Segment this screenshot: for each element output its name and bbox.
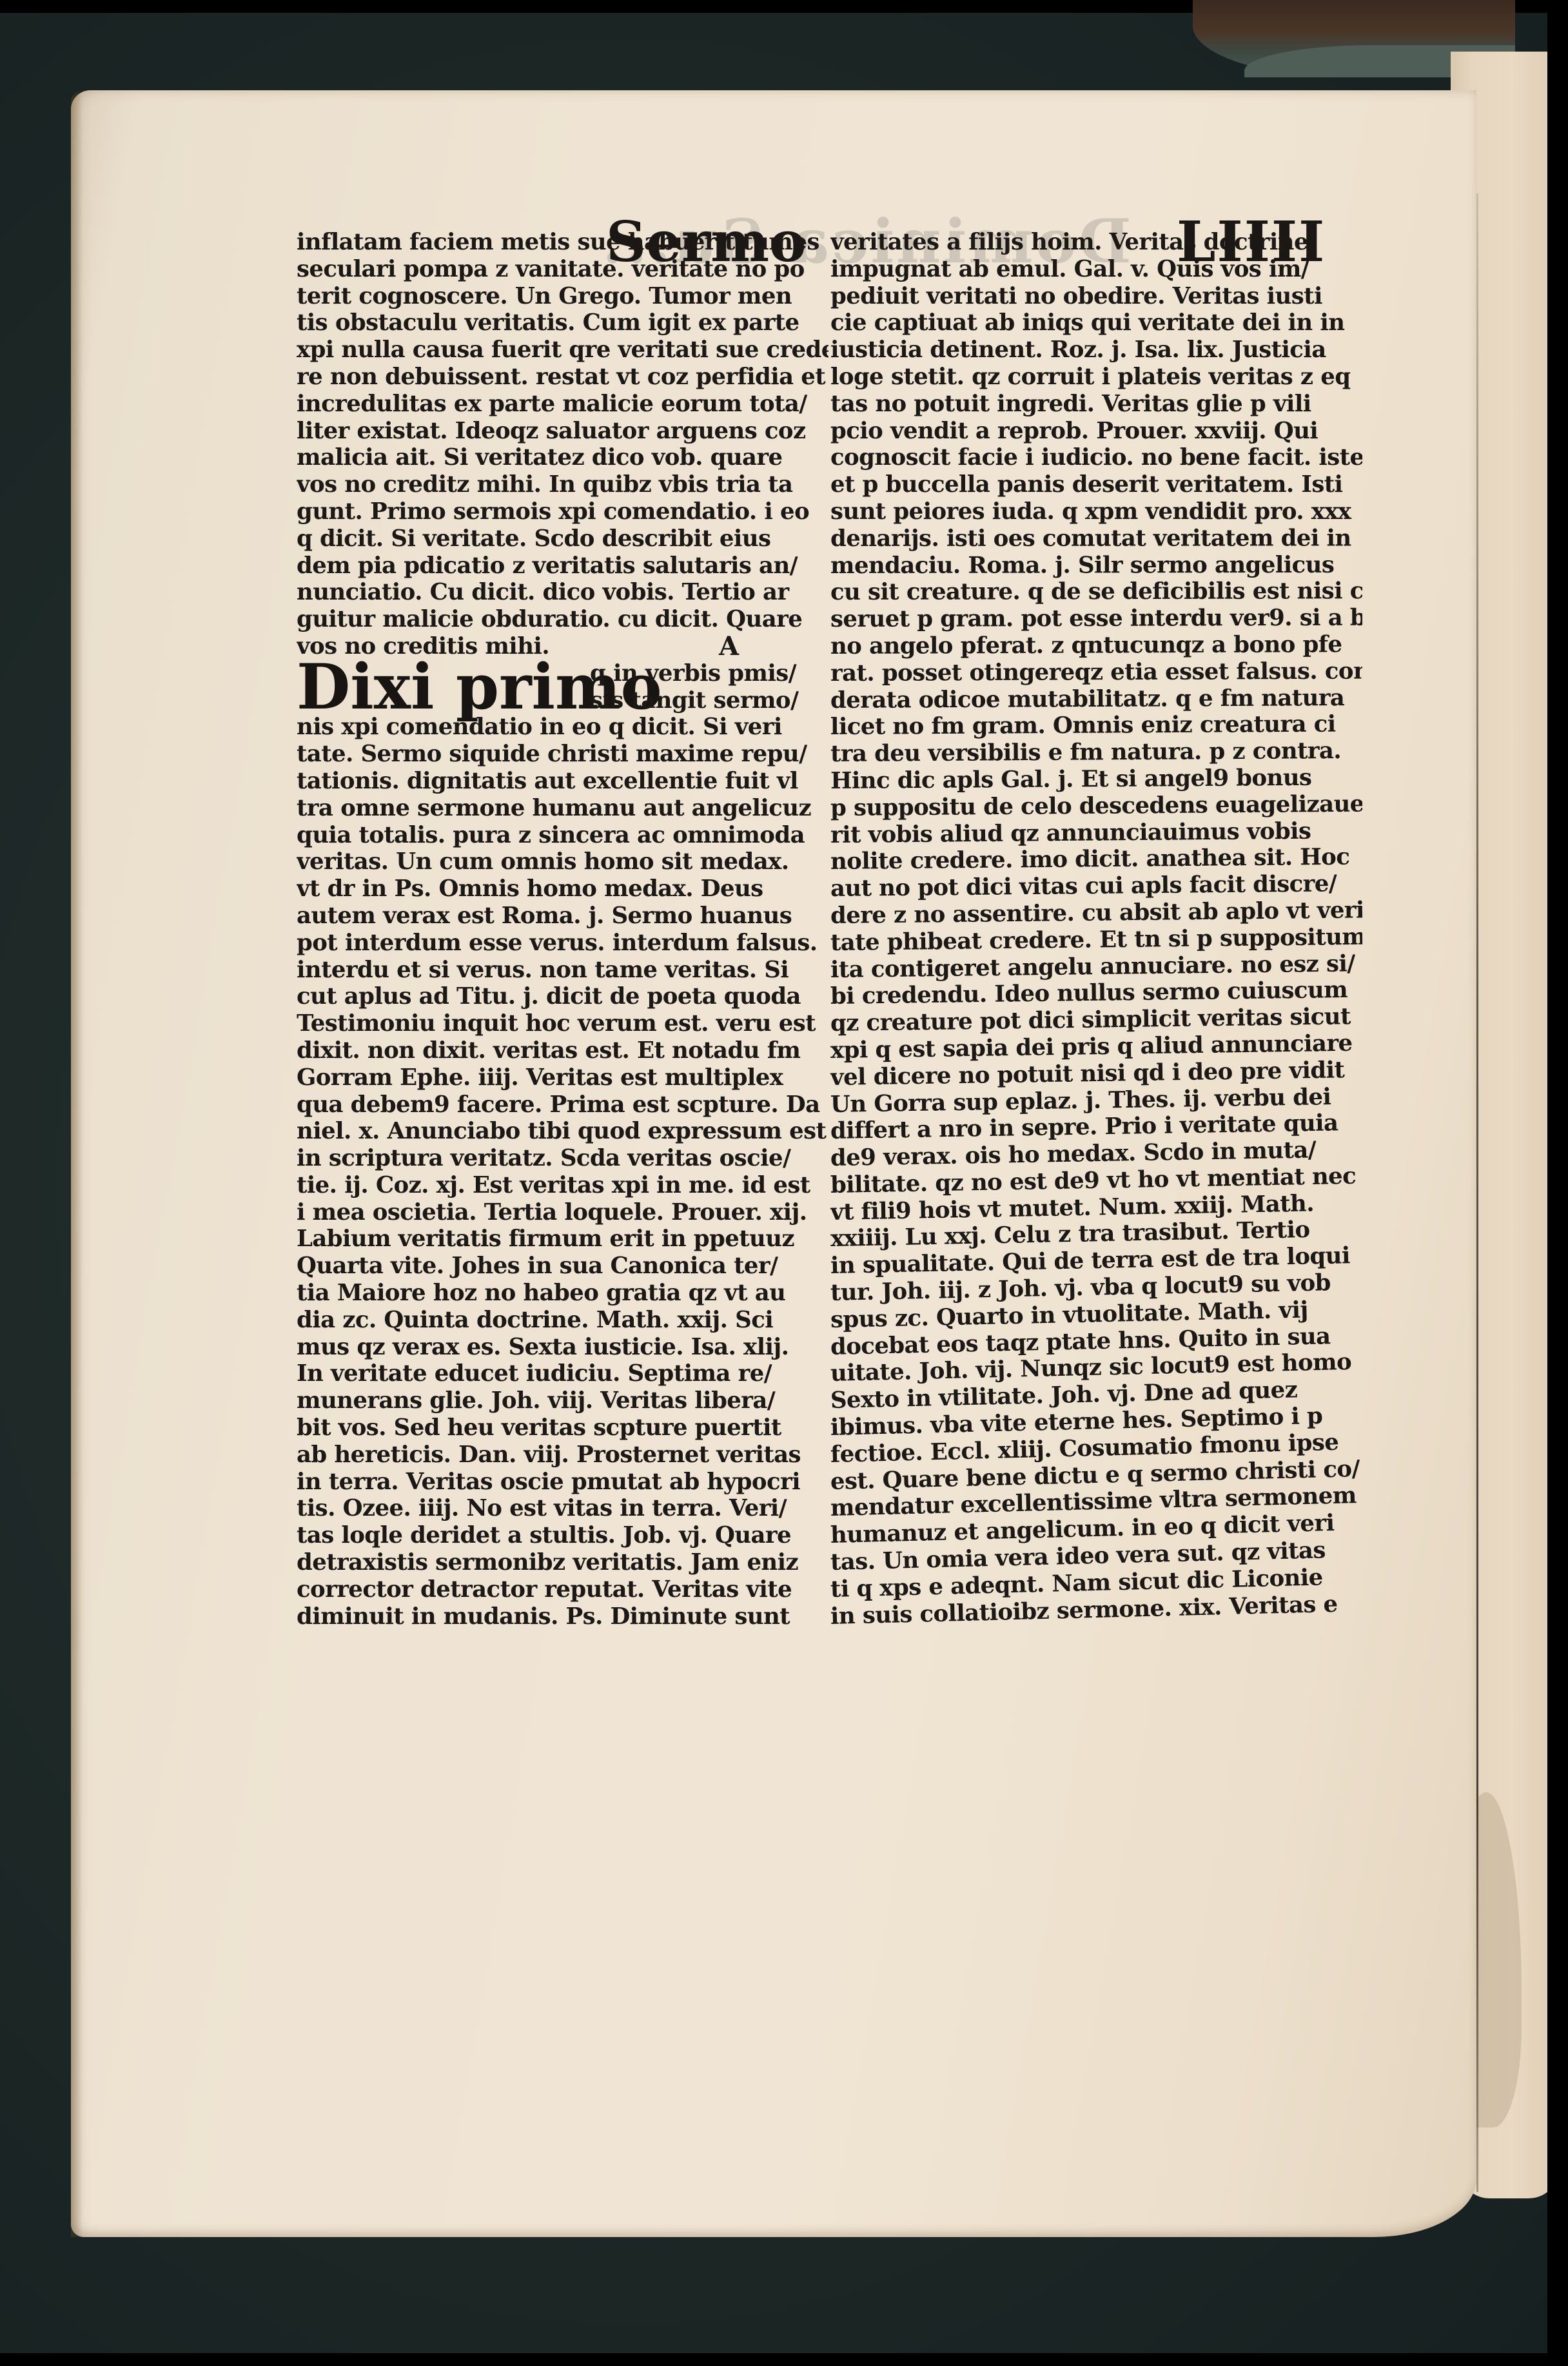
text-line: In veritate educet iudiciu. Septima re/ [297, 1360, 828, 1387]
page-gutter [1476, 193, 1478, 2192]
right-column: veritates a filijs hoim. Veritas doctrin… [830, 229, 1362, 1630]
text-line: ab hereticis. Dan. viij. Prosternet veri… [297, 1442, 828, 1469]
text-line: Testimoniu inquit hoc verum est. veru es… [297, 1010, 828, 1037]
text-line: mendaciu. Roma. j. Silr sermo angelicus [830, 551, 1362, 579]
text-line: Quarta vite. Johes in sua Canonica ter/ [297, 1253, 828, 1280]
text-line: dia zc. Quinta doctrine. Math. xxij. Sci [297, 1307, 828, 1334]
text-line: tra deu versibilis e fm natura. p z cont… [830, 738, 1362, 768]
text-line: veritates a filijs hoim. Veritas doctrin… [830, 229, 1362, 256]
text-line: i mea oscietia. Tertia loquele. Prouer. … [297, 1199, 828, 1226]
text-line: incredulitas ex parte malicie eorum tota… [297, 391, 828, 418]
text-line: tationis. dignitatis aut excellentie fui… [297, 768, 828, 795]
text-line: vt dr in Ps. Omnis homo medax. Deus [297, 875, 828, 903]
text-line: quia totalis. pura z sincera ac omnimoda [297, 822, 828, 849]
text-line: munerans glie. Joh. viij. Veritas libera… [297, 1387, 828, 1414]
text-line: guitur malicie obduratio. cu dicit. Quar… [297, 606, 828, 633]
text-line: licet no fm gram. Omnis eniz creatura ci [830, 711, 1362, 741]
scan-border-right [1547, 0, 1568, 2366]
initial-block: Dixi primo q in verbis pmis/ sis tangit … [297, 660, 828, 714]
text-line: vos no creditz mihi. In quibz vbis tria … [297, 471, 828, 498]
text-line: tis obstaculu veritatis. Cum igit ex par… [297, 309, 828, 337]
text-line: sunt peiores iuda. q xpm vendidit pro. x… [830, 498, 1362, 525]
text-line: Labium veritatis firmum erit in ppetuuz [297, 1226, 828, 1253]
text-line: pediuit veritati no obedire. Veritas ius… [830, 283, 1362, 310]
text-line: loge stetit. qz corruit i plateis verita… [830, 364, 1362, 391]
text-line: denarijs. isti oes comutat veritatem dei… [830, 525, 1362, 552]
scan-border-bottom [0, 2353, 1568, 2366]
text-line: impugnat ab emul. Gal. v. Quis vos im/ [830, 256, 1362, 283]
section-mark: A [719, 633, 738, 660]
text-line: rat. posset otingereqz etia esset falsus… [830, 658, 1362, 687]
text-line: cut aplus ad Titu. j. dicit de poeta quo… [297, 983, 828, 1010]
text-line: et p buccella panis deserit veritatem. I… [830, 471, 1362, 498]
text-line: inflatam faciem metis sue habuerit tumes [297, 229, 828, 256]
text-line: tra omne sermone humanu aut angelicuz [297, 795, 828, 822]
text-line: Gorram Ephe. iiij. Veritas est multiplex [297, 1064, 828, 1091]
text-line: niel. x. Anunciabo tibi quod expressum e… [297, 1118, 828, 1145]
text-line: liter existat. Ideoqz saluator arguens c… [297, 418, 828, 445]
text-line: dixit. non dixit. veritas est. Et notadu… [297, 1037, 828, 1064]
text-line: seculari pompa z vanitate. veritate no p… [297, 256, 828, 283]
text-line: interdu et si verus. non tame veritas. S… [297, 957, 828, 984]
text-line: tis. Ozee. iiij. No est vitas in terra. … [297, 1495, 828, 1522]
text-line: p suppositu de celo descedens euagelizau… [830, 790, 1362, 821]
text-line: diminuit in mudanis. Ps. Diminute sunt [297, 1603, 828, 1630]
text-line: detraxistis sermonibz veritatis. Jam eni… [297, 1549, 828, 1576]
text-line: cie captiuat ab iniqs qui veritate dei i… [830, 309, 1362, 337]
text-line: cognoscit facie i iudicio. no bene facit… [830, 444, 1362, 471]
text-line: iusticia detinent. Roz. j. Isa. lix. Jus… [830, 337, 1362, 364]
text-line: dem pia pdicatio z veritatis salutaris a… [297, 552, 828, 580]
text-line: mus qz verax es. Sexta iusticie. Isa. xl… [297, 1334, 828, 1361]
text-line: derata odicoe mutabilitatz. q e fm natur… [830, 685, 1362, 714]
text-line: autem verax est Roma. j. Sermo huanus [297, 903, 828, 930]
text-line: in terra. Veritas oscie pmutat ab hypocr… [297, 1469, 828, 1496]
text-line: Hinc dic apls Gal. j. Et si angel9 bonus [830, 764, 1362, 795]
text-line: no angelo pferat. z qntucunqz a bono pfe [830, 631, 1362, 660]
text-line: veritas. Un cum omnis homo sit medax. [297, 848, 828, 875]
text-line: pot interdum esse verus. interdum falsus… [297, 930, 828, 957]
text-line: tas loqle deridet a stultis. Job. vj. Qu… [297, 1522, 828, 1549]
text-line: seruet p gram. pot esse interdu ver9. si… [830, 605, 1362, 633]
text-line: terit cognoscere. Un Grego. Tumor men [297, 283, 828, 310]
text-line: re non debuissent. restat vt coz perfidi… [297, 364, 828, 391]
text-line: corrector detractor reputat. Veritas vit… [297, 1576, 828, 1603]
page-edge-shadow [71, 90, 83, 2237]
text-line: bit vos. Sed heu veritas scpture puertit [297, 1414, 828, 1442]
left-column: inflatam faciem metis sue habuerit tumes… [297, 229, 828, 1630]
text-line: tie. ij. Coz. xj. Est veritas xpi in me.… [297, 1172, 828, 1199]
text-line: cu sit creature. q de se deficibilis est… [830, 578, 1362, 607]
text-line: pcio vendit a reprob. Prouer. xxviij. Qu… [830, 418, 1362, 445]
text-line: gunt. Primo sermois xpi comendatio. i eo [297, 498, 828, 525]
text-line: tia Maiore hoz no habeo gratia qz vt au [297, 1280, 828, 1307]
text-line: tas no potuit ingredi. Veritas glie p vi… [830, 391, 1362, 418]
text-line: nunciatio. Cu dicit. dico vobis. Tertio … [297, 579, 828, 606]
text-line: in scriptura veritatz. Scda veritas osci… [297, 1145, 828, 1172]
text-line: qua debem9 facere. Prima est scpture. Da [297, 1091, 828, 1119]
text-line: sis tangit sermo/ [590, 687, 828, 714]
text-line: tate. Sermo siquide christi maxime repu/ [297, 741, 828, 768]
initial-side-text: q in verbis pmis/ sis tangit sermo/ [590, 660, 828, 714]
text-line: q dicit. Si veritate. Scdo describit eiu… [297, 525, 828, 552]
text-line: q in verbis pmis/ [590, 660, 828, 687]
text-line: xpi nulla causa fuerit qre veritati sue … [297, 337, 828, 364]
text-line: malicia ait. Si veritatez dico vob. quar… [297, 444, 828, 471]
